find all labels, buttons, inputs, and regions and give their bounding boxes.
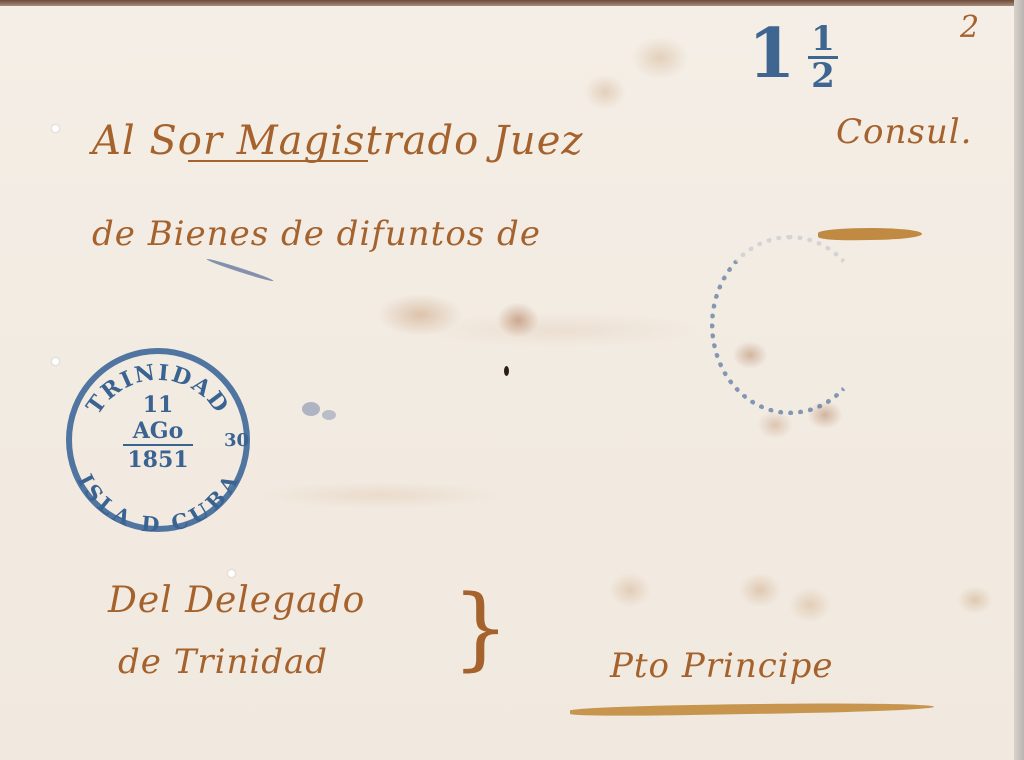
paper-right-edge <box>1014 0 1024 760</box>
address-line-1-end: Consul. <box>836 112 972 152</box>
rate-numerator: 1 <box>808 22 838 59</box>
pin-hole <box>52 125 59 132</box>
trinidad-datestamp: TRINIDAD ISLA D CUBA 30 11 AGo 1851 <box>66 348 250 532</box>
sender-line-2: de Trinidad <box>118 642 328 682</box>
ink-flourish <box>818 227 922 241</box>
ink-smudge <box>302 402 320 416</box>
destination-town: Pto Principe <box>610 646 834 686</box>
ink-smudge <box>206 257 274 282</box>
ink-smudge <box>322 410 336 420</box>
ink-dot <box>504 366 509 376</box>
partial-circular-handstamp <box>710 235 870 415</box>
svg-text:ISLA D CUBA: ISLA D CUBA <box>73 470 244 532</box>
letter-cover: 2 1 1 2 Al Sor Magistrado Juez Consul. d… <box>0 0 1024 760</box>
postmark-year: 1851 <box>72 449 244 471</box>
postmark-date: 11 AGo 1851 <box>72 394 244 471</box>
sender-line-1: Del Delegado <box>108 580 365 621</box>
postmark-day: 11 <box>72 394 244 416</box>
pin-hole <box>228 570 235 577</box>
rate-fraction: 1 2 <box>808 22 838 93</box>
underline-flourish <box>188 160 368 162</box>
pin-hole <box>52 358 59 365</box>
address-line-1: Al Sor Magistrado Juez <box>92 118 583 164</box>
destination-underline <box>570 701 934 717</box>
corner-mark: 2 <box>960 10 980 45</box>
brace-flourish: } <box>452 584 509 674</box>
rate-denominator: 2 <box>808 59 838 93</box>
address-line-2: de Bienes de difuntos de <box>92 214 541 254</box>
rate-whole: 1 <box>748 20 795 88</box>
paper-top-edge <box>0 0 1024 6</box>
postmark-month: AGo <box>123 420 193 446</box>
postmark-country: ISLA D CUBA <box>73 470 244 532</box>
